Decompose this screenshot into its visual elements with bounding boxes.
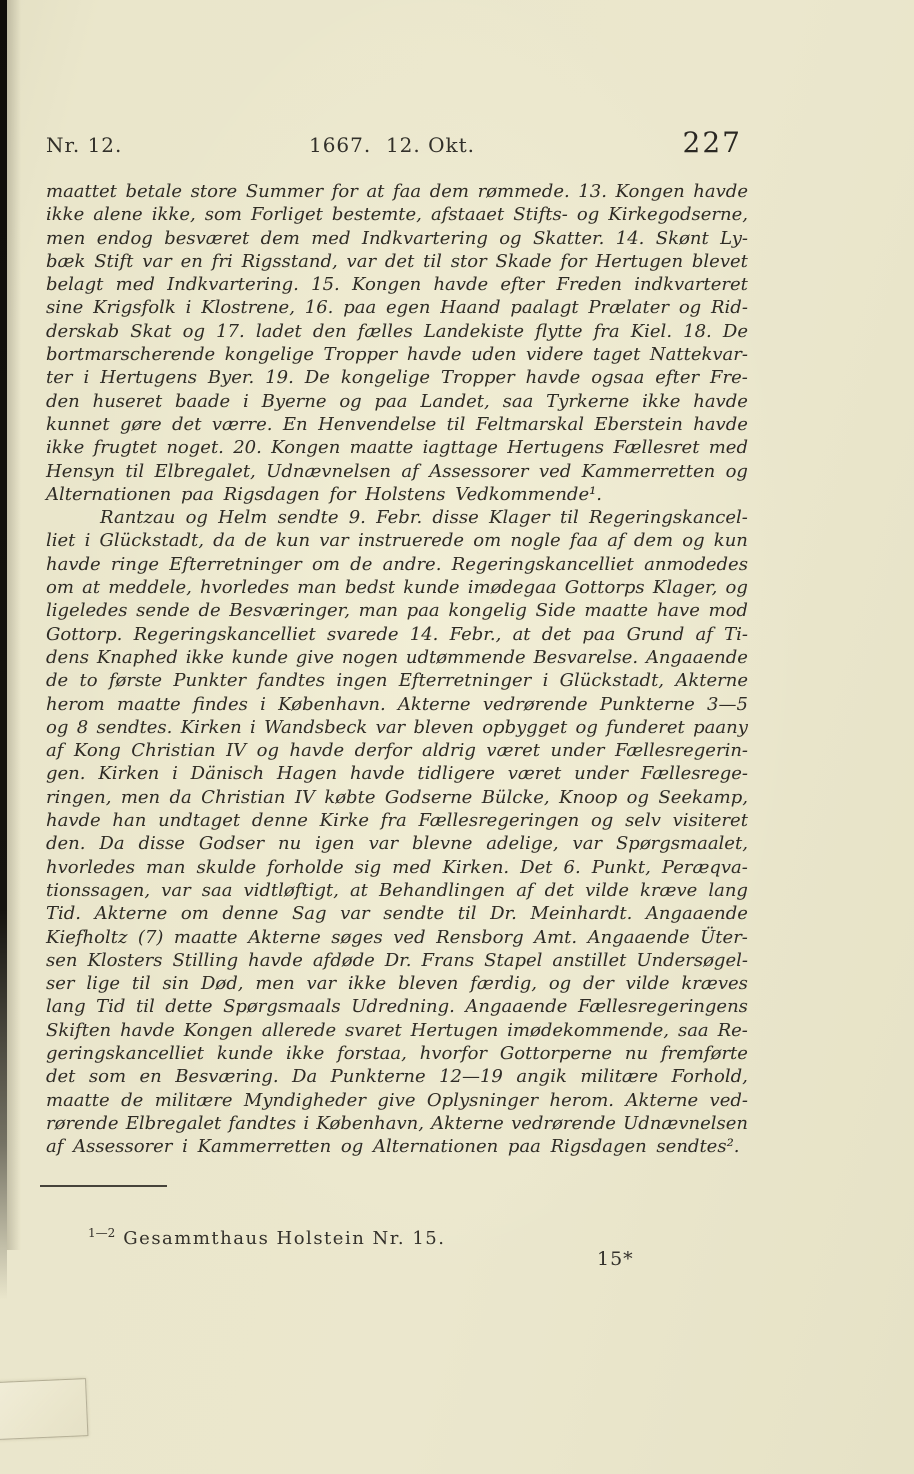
text-line: rørendeElbregaletfandtesiKøbenhavn,Akter…: [46, 1112, 748, 1135]
text-line: HensyntilElbregalet,UdnævnelsenafAssesso…: [46, 460, 748, 483]
running-head-date: 1667. 12. Okt.: [46, 133, 738, 157]
page-corner-artifact: [0, 1378, 88, 1440]
text-line: maattetbetalestoreSummerforatfaademrømme…: [46, 180, 748, 203]
scan-edge-soft-shadow: [7, 0, 21, 1250]
text-line: havdehanundtagetdenneKirkefraFællesreger…: [46, 809, 748, 832]
text-line: herommaattefindesiKøbenhavn.Akternevedrø…: [46, 693, 748, 716]
text-line: ikkealeneikke,somForligetbestemte,afstaa…: [46, 203, 748, 226]
text-line: detoførstePunkterfandtesingenEfterretnin…: [46, 669, 748, 692]
text-line: ikkefrugtetnoget.20.Kongenmaatteiagttage…: [46, 436, 748, 459]
running-header: Nr. 12. 1667. 12. Okt. 227: [46, 130, 748, 160]
footnote-marker: 1—2: [88, 1226, 123, 1240]
text-line: serligetilsinDød,menvarikkeblevenfærdig,…: [46, 972, 748, 995]
text-line: belagtmedIndkvartering.15.Kongenhavdeeft…: [46, 273, 748, 296]
text-line: gen.KirkeniDänischHagenhavdetidligerevær…: [46, 762, 748, 785]
text-line: og8sendtes.KirkeniWandsbeckvarblevenopby…: [46, 716, 748, 739]
text-line: kunnetgøredetværre.EnHenvendelsetilFeltm…: [46, 413, 748, 436]
text-line: denhuseretbaadeiByerneogpaaLandet,saaTyr…: [46, 390, 748, 413]
signature-mark: 15*: [597, 1248, 634, 1270]
text-line: Alternationen paa Rigsdagen for Holstens…: [46, 483, 748, 506]
footnote: 1—2Gesammthaus Holstein Nr. 15.: [88, 1226, 445, 1249]
text-line: bækStiftvarenfriRigsstand,vardettilstorS…: [46, 250, 748, 273]
text-line: menendogbesværetdemmedIndkvarteringogSka…: [46, 227, 748, 250]
text-line: sineKrigsfolkiKlostrene,16.paaegenHaandp…: [46, 296, 748, 319]
text-line: geringskancellietkundeikkeforstaa,hvorfo…: [46, 1042, 748, 1065]
body-text: maattetbetalestoreSummerforatfaademrømme…: [46, 180, 748, 1158]
text-line: densKnaphedikkekundegivenogenudtømmendeB…: [46, 646, 748, 669]
text-line: Kiefholtz(7)maatteAkternesøgesvedRensbor…: [46, 926, 748, 949]
text-line: af Assessorer i Kammerretten og Alternat…: [46, 1135, 748, 1158]
text-line: ringen,mendaChristianIVkøbteGodserneBülc…: [46, 786, 748, 809]
text-line: lietiGlückstadt,dadekunvarinstrueredeomn…: [46, 529, 748, 552]
text-line: hvorledesmanskuldeforholdesigmedKirken.D…: [46, 856, 748, 879]
scan-edge-shadow: [0, 0, 7, 1300]
text-line: teriHertugensByer.19.DekongeligeTropperh…: [46, 366, 748, 389]
text-line: Gottorp.Regeringskancellietsvarede14.Feb…: [46, 623, 748, 646]
text-line: tionssagen,varsaavidtløftigt,atBehandlin…: [46, 879, 748, 902]
text-line: havderingeEfterretningeromdeandre.Regeri…: [46, 553, 748, 576]
text-line: derskabSkatog17.ladetdenfællesLandekiste…: [46, 320, 748, 343]
footnote-separator: [40, 1185, 167, 1187]
text-line: maattedemilitæreMyndighedergiveOplysning…: [46, 1089, 748, 1112]
text-line: detsomenBesværing.DaPunkterne12—19angikm…: [46, 1065, 748, 1088]
text-line: Tid.AkterneomdenneSagvarsendtetilDr.Mein…: [46, 902, 748, 925]
text-line: omatmeddele,hvorledesmanbedstkundeimødeg…: [46, 576, 748, 599]
book-page: Nr. 12. 1667. 12. Okt. 227 maattetbetale…: [0, 0, 914, 1474]
text-line: SkiftenhavdeKongenalleredesvaretHertugen…: [46, 1019, 748, 1042]
text-line: afKongChristianIVoghavdederforaldrigvære…: [46, 739, 748, 762]
footnote-text: Gesammthaus Holstein Nr. 15.: [123, 1228, 445, 1249]
page-number: 227: [683, 126, 742, 159]
text-line: senKlostersStillinghavdeafdødeDr.FransSt…: [46, 949, 748, 972]
text-line: bortmarscherendekongeligeTropperhavdeude…: [46, 343, 748, 366]
text-line: ligeledessendedeBesværinger,manpaakongel…: [46, 599, 748, 622]
text-line: RantzauogHelmsendte9.Febr.disseKlagertil…: [46, 506, 748, 529]
text-line: den.DadisseGodsernuigenvarblevneadelige,…: [46, 832, 748, 855]
text-line: langTidtildetteSpørgsmaalsUdredning.Anga…: [46, 995, 748, 1018]
